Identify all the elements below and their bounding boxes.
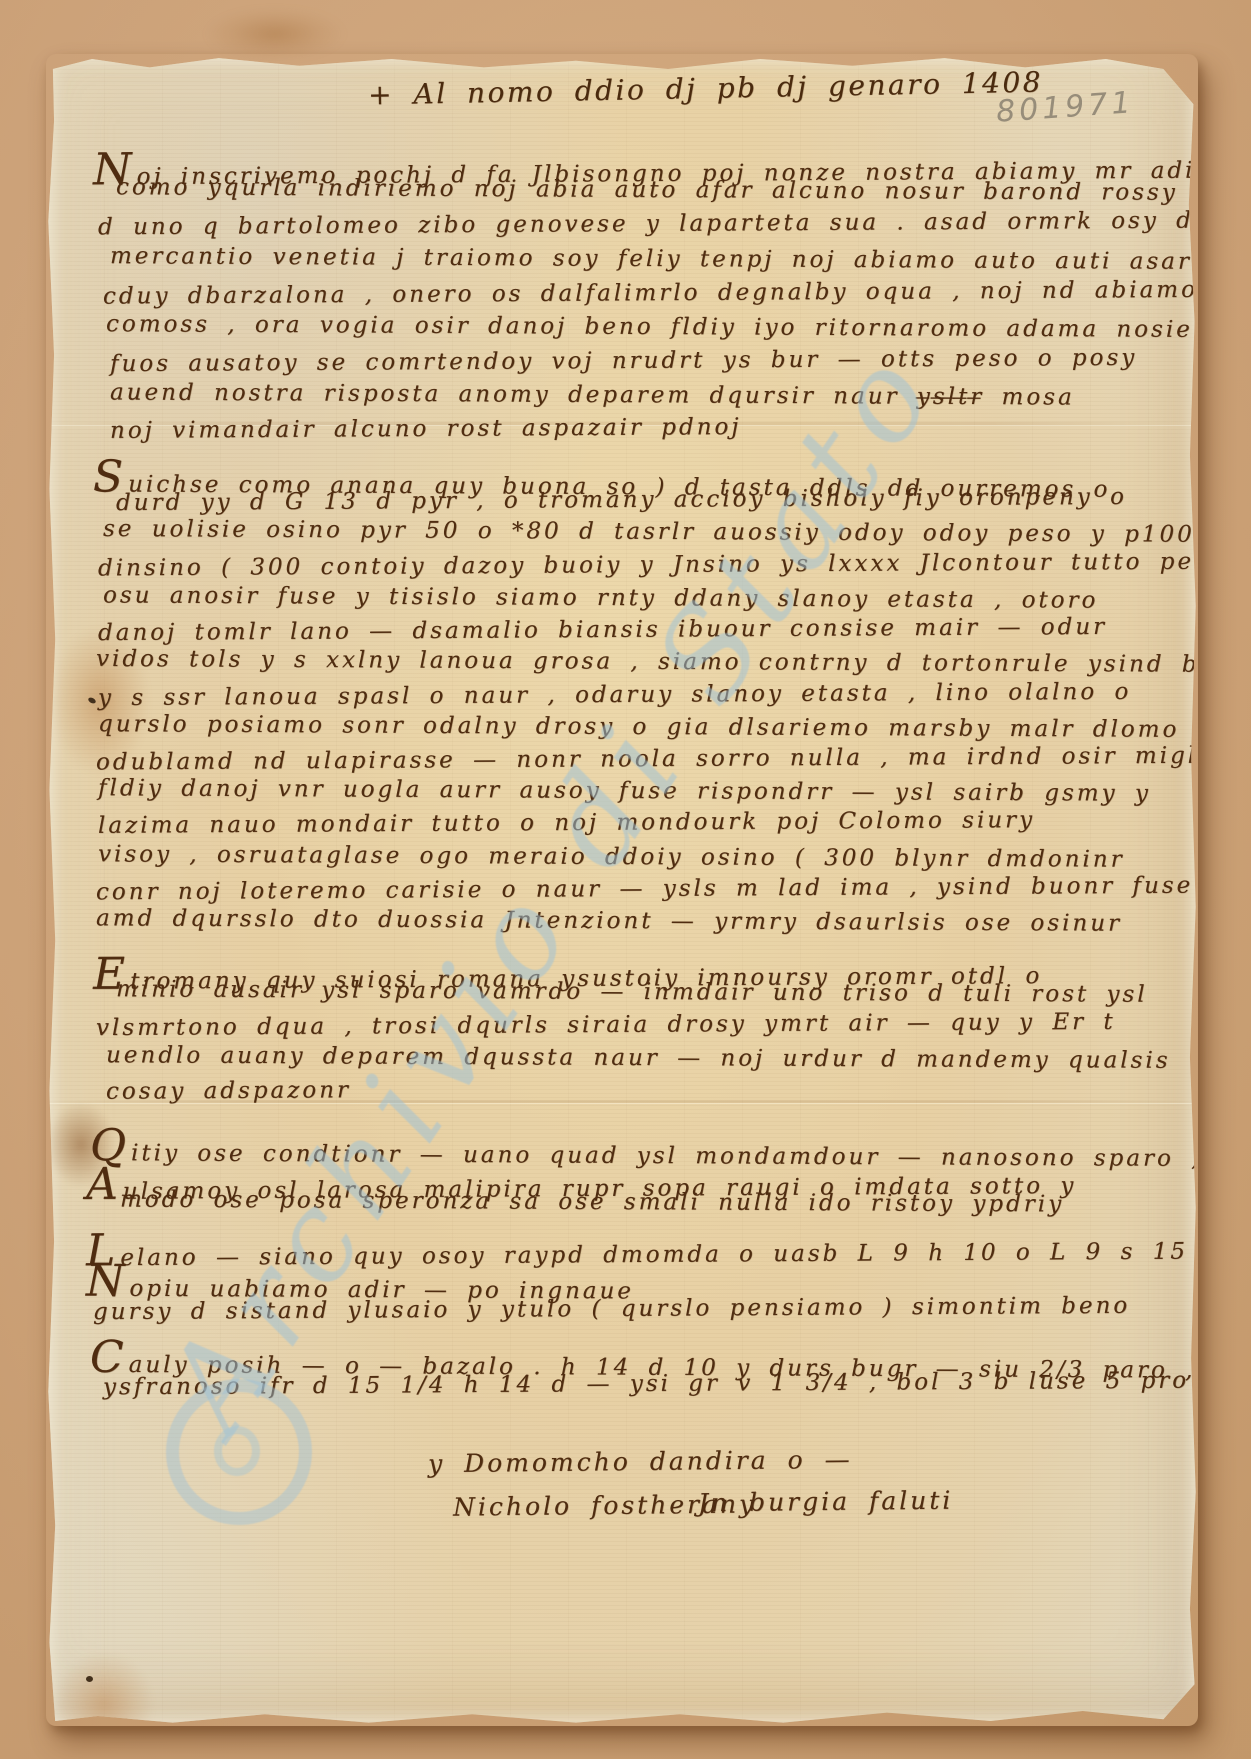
manuscript-page: + Al nomo ddio dj pb dj genaro 1408 8019… bbox=[46, 54, 1198, 1726]
archive-watermark-emblem bbox=[214, 1426, 260, 1476]
manuscript-line: visoy , osruataglase ogo meraio ddoiy os… bbox=[98, 841, 1125, 872]
manuscript-line: noj vimandair alcuno rost aspazair pdnoj bbox=[110, 414, 742, 444]
ink-speck bbox=[86, 1676, 93, 1682]
manuscript-line: modo ose posa speronza sa ose smali null… bbox=[120, 1187, 1064, 1218]
manuscript-line: osu anosir fuse y tisislo siamo rnty dda… bbox=[103, 582, 1099, 613]
ink-stain bbox=[54, 1652, 154, 1757]
manuscript-line: minio ausair ysl sparo vamrdo — inmdair … bbox=[116, 976, 1148, 1007]
manuscript-line: cosay adspazonr bbox=[106, 1077, 351, 1104]
manuscript-line: como yqurla indiriemo noj abia auto afar… bbox=[116, 174, 1178, 206]
manuscript-line: fldiy danoj vnr uogla aurr ausoy fuse ri… bbox=[98, 775, 1151, 807]
paper-shadow: + Al nomo ddio dj pb dj genaro 1408 8019… bbox=[46, 54, 1198, 1726]
manuscript-line: uendlo auany deparem dqussta naur — noj … bbox=[106, 1042, 1171, 1074]
signature-line: Jn burgia faluti bbox=[698, 1486, 954, 1518]
background-smudge bbox=[205, 8, 345, 60]
manuscript-line: amd dqursslo dto duossia Jntenziont — yr… bbox=[96, 905, 1122, 936]
scan-background: + Al nomo ddio dj pb dj genaro 1408 8019… bbox=[0, 0, 1251, 1759]
signature-line: y Domomcho dandira o — bbox=[428, 1445, 853, 1478]
manuscript-line: auend nostra risposta anomy deparem dqur… bbox=[110, 379, 1075, 410]
